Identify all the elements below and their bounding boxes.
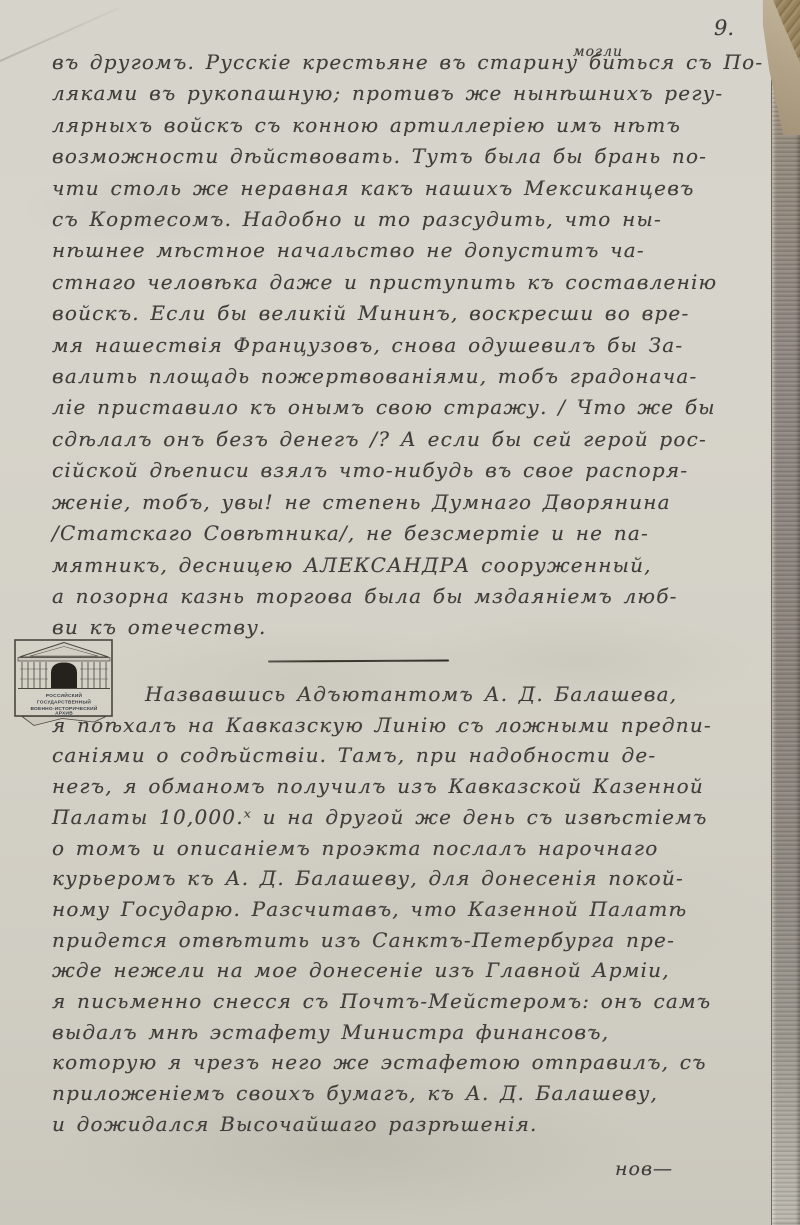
page-corner-stack <box>736 0 800 135</box>
manuscript-line: приложеніемъ своихъ бумагъ, къ А. Д. Бал… <box>52 1078 712 1109</box>
manuscript-line: стнаго человѣка даже и приступить къ сос… <box>52 267 763 298</box>
manuscript-line: возможности дѣйствовать. Тутъ была бы бр… <box>52 141 763 172</box>
manuscript-line: ви къ отечеству. <box>52 612 763 643</box>
manuscript-line: женіе, тобъ, увы! не степень Думнаго Дво… <box>52 487 763 518</box>
section-divider <box>268 660 449 663</box>
catchword: нов— <box>615 1158 673 1180</box>
manuscript-line: валить площадь пожертвованіями, тобъ гра… <box>52 361 763 392</box>
manuscript-line: сдѣлалъ онъ безъ денегъ /? А если бы сей… <box>52 424 763 455</box>
manuscript-line: а позорна казнь торгова была бы мздаяніе… <box>52 581 763 612</box>
manuscript-line: придется отвѣтить изъ Санктъ-Петербурга … <box>52 925 712 956</box>
manuscript-line: о томъ и описаніемъ проэкта послалъ наро… <box>52 833 712 864</box>
manuscript-line: курьеромъ къ А. Д. Балашеву, для донесен… <box>52 863 712 894</box>
manuscript-line: Палаты 10,000.ˣ и на другой же день съ и… <box>52 802 712 833</box>
manuscript-line: нѣшнее мѣстное начальство не допуститъ ч… <box>52 235 763 266</box>
manuscript-line: чти столь же неравная какъ нашихъ Мексик… <box>52 173 763 204</box>
manuscript-line: въ другомъ. Русскіе крестьяне въ старину… <box>52 47 763 78</box>
manuscript-line: мятникъ, десницею АЛЕКСАНДРА сооруженный… <box>52 550 763 581</box>
manuscript-line: я письменно снесся съ Почтъ-Мейстеромъ: … <box>52 986 712 1017</box>
manuscript-line: негъ, я обманомъ получилъ изъ Кавказской… <box>52 771 712 802</box>
manuscript-page: 9. могли въ другомъ. Русскіе крестьяне в… <box>0 0 800 1225</box>
manuscript-line: лярныхъ войскъ съ конною артиллеріею имъ… <box>52 110 763 141</box>
manuscript-line: саніями о содѣйствіи. Тамъ, при надобнос… <box>52 740 712 771</box>
page-number: 9. <box>714 16 734 40</box>
manuscript-line: ліе приставило къ онымъ свою стражу. / Ч… <box>52 392 763 423</box>
manuscript-line: войскъ. Если бы великій Мининъ, воскресш… <box>52 298 763 329</box>
manuscript-line: выдалъ мнѣ эстафету Министра финансовъ, <box>52 1017 712 1048</box>
manuscript-line: съ Кортесомъ. Надобно и то разсудить, чт… <box>52 204 763 235</box>
manuscript-line: Назвавшись Адъютантомъ А. Д. Балашева, <box>52 679 712 710</box>
manuscript-line: ному Государю. Разсчитавъ, что Казенной … <box>52 894 712 925</box>
manuscript-line: мя нашествія Французовъ, снова одушевилъ… <box>52 330 763 361</box>
manuscript-line: ляками въ рукопашную; противъ же нынѣшни… <box>52 78 763 109</box>
manuscript-line: /Статскаго Совѣтника/, не безсмертіе и н… <box>52 518 763 549</box>
manuscript-line: сійской дѣеписи взялъ что-нибудь въ свое… <box>52 455 763 486</box>
manuscript-line: которую я чрезъ него же эстафетою отправ… <box>52 1047 712 1078</box>
manuscript-line: жде нежели на мое донесеніе изъ Главной … <box>52 955 712 986</box>
book-edge <box>771 0 800 1225</box>
manuscript-line: и дожидался Высочайшаго разрѣшенія. <box>52 1109 712 1140</box>
paragraph-1: въ другомъ. Русскіе крестьяне въ старину… <box>52 47 763 644</box>
paragraph-2: Назвавшись Адъютантомъ А. Д. Балашева,я … <box>52 679 712 1140</box>
manuscript-line: я поѣхалъ на Кавказскую Линію съ ложными… <box>52 710 712 741</box>
